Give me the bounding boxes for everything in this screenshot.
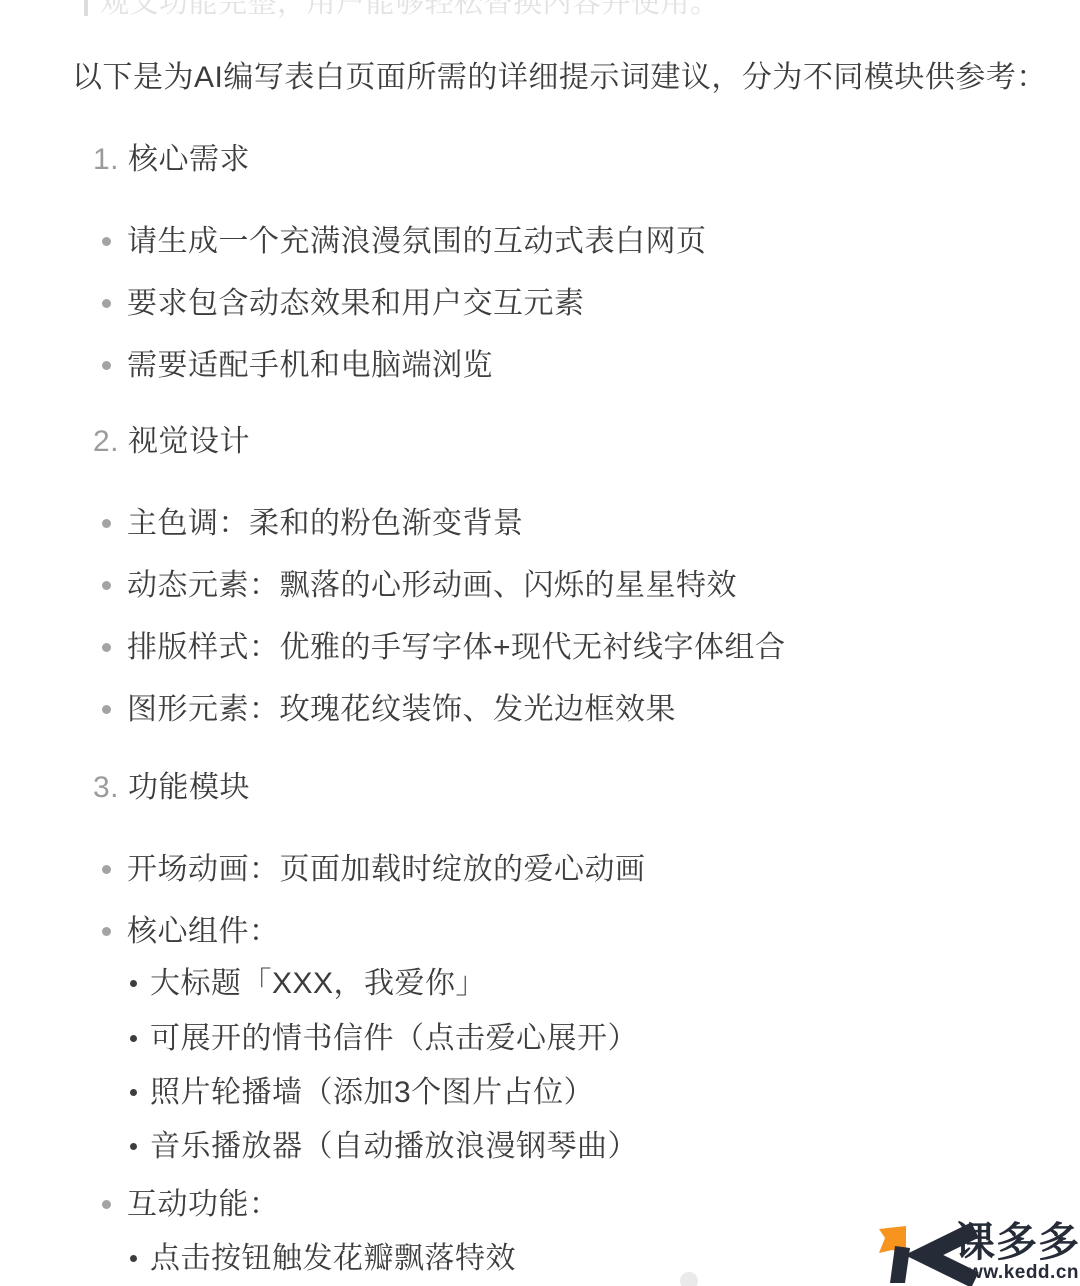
sub-bullet-dot xyxy=(130,980,137,987)
sub-bullet-text: 音乐播放器（自动播放浪漫钢琴曲） xyxy=(150,1130,638,1163)
bullet-item: 核心组件： xyxy=(127,914,280,950)
kedd-watermark-logo: 课多多 www.kedd.cn xyxy=(872,1216,1080,1286)
section-title: 功能模块 xyxy=(128,771,250,804)
bullet-text: 请生成一个充满浪漫氛围的互动式表白网页 xyxy=(127,225,707,258)
bullet-dot xyxy=(102,643,111,652)
bullet-item: 图形元素：玫瑰花纹装饰、发光边框效果 xyxy=(127,692,676,728)
sub-bullet-text: 大标题「XXX，我爱你」 xyxy=(150,967,486,1000)
section-number: 1. xyxy=(93,143,119,176)
bullet-dot xyxy=(102,361,111,370)
bullet-dot xyxy=(102,237,111,246)
clipped-partial-dot xyxy=(680,1272,698,1286)
bullet-dot xyxy=(102,865,111,874)
sub-bullet-dot xyxy=(130,1255,137,1262)
sub-bullet-dot xyxy=(130,1089,137,1096)
sub-bullet-dot xyxy=(130,1143,137,1150)
sub-bullet-text: 可展开的情书信件（点击爱心展开） xyxy=(150,1022,638,1055)
sub-bullet-item: 音乐播放器（自动播放浪漫钢琴曲） xyxy=(150,1129,638,1165)
bullet-dot xyxy=(102,705,111,714)
bullet-item: 请生成一个充满浪漫氛围的互动式表白网页 xyxy=(127,224,707,260)
bullet-dot xyxy=(102,581,111,590)
section-1-heading: 1.核心需求 xyxy=(93,142,250,178)
bullet-dot xyxy=(102,519,111,528)
bullet-dot xyxy=(102,927,111,936)
bullet-item: 动态元素：飘落的心形动画、闪烁的星星特效 xyxy=(127,568,737,604)
bullet-text: 需要适配手机和电脑端浏览 xyxy=(127,349,493,382)
blockquote-bar xyxy=(84,0,88,16)
logo-bar-shape xyxy=(890,1246,910,1283)
bullet-text: 核心组件： xyxy=(127,915,280,948)
sub-bullet-item: 可展开的情书信件（点击爱心展开） xyxy=(150,1021,638,1057)
bullet-item: 主色调：柔和的粉色渐变背景 xyxy=(127,506,524,542)
sub-bullet-dot xyxy=(130,1035,137,1042)
section-number: 2. xyxy=(93,425,119,458)
section-title: 核心需求 xyxy=(128,143,250,176)
bullet-text: 图形元素：玫瑰花纹装饰、发光边框效果 xyxy=(127,693,676,726)
bullet-item: 互动功能： xyxy=(127,1187,280,1223)
section-number: 3. xyxy=(93,771,119,804)
bullet-text: 主色调：柔和的粉色渐变背景 xyxy=(127,507,524,540)
document-page: 观文功能完整，用户能够轻松替换内容并使用。 以下是为AI编写表白页面所需的详细提… xyxy=(0,0,1080,1286)
section-2-heading: 2.视觉设计 xyxy=(93,424,250,460)
bullet-item: 要求包含动态效果和用户交互元素 xyxy=(127,286,585,322)
bullet-text: 互动功能： xyxy=(127,1188,280,1221)
section-title: 视觉设计 xyxy=(128,425,250,458)
bullet-text: 动态元素：飘落的心形动画、闪烁的星星特效 xyxy=(127,569,737,602)
brand-url: www.kedd.cn xyxy=(953,1262,1079,1284)
bullet-item: 需要适配手机和电脑端浏览 xyxy=(127,348,493,384)
intro-paragraph: 以下是为AI编写表白页面所需的详细提示词建议，分为不同模块供参考： xyxy=(72,60,1047,96)
sub-bullet-item: 照片轮播墙（添加3个图片占位） xyxy=(150,1075,594,1111)
sub-bullet-item: 点击按钮触发花瓣飘落特效 xyxy=(150,1241,516,1277)
bullet-text: 排版样式：优雅的手写字体+现代无衬线字体组合 xyxy=(127,631,786,664)
bullet-text: 开场动画：页面加载时绽放的爱心动画 xyxy=(127,853,646,886)
brand-name: 课多多 xyxy=(954,1220,1080,1264)
sub-bullet-item: 大标题「XXX，我爱你」 xyxy=(150,966,486,1002)
bullet-item: 排版样式：优雅的手写字体+现代无衬线字体组合 xyxy=(127,630,786,666)
sub-bullet-text: 点击按钮触发花瓣飘落特效 xyxy=(150,1242,516,1275)
bullet-text: 要求包含动态效果和用户交互元素 xyxy=(127,287,585,320)
bullet-dot xyxy=(102,299,111,308)
bullet-dot xyxy=(102,1200,111,1209)
clipped-quote-text: 观文功能完整，用户能够轻松替换内容并使用。 xyxy=(100,0,720,20)
section-3-heading: 3.功能模块 xyxy=(93,770,250,806)
sub-bullet-text: 照片轮播墙（添加3个图片占位） xyxy=(150,1076,594,1109)
bullet-item: 开场动画：页面加载时绽放的爱心动画 xyxy=(127,852,646,888)
